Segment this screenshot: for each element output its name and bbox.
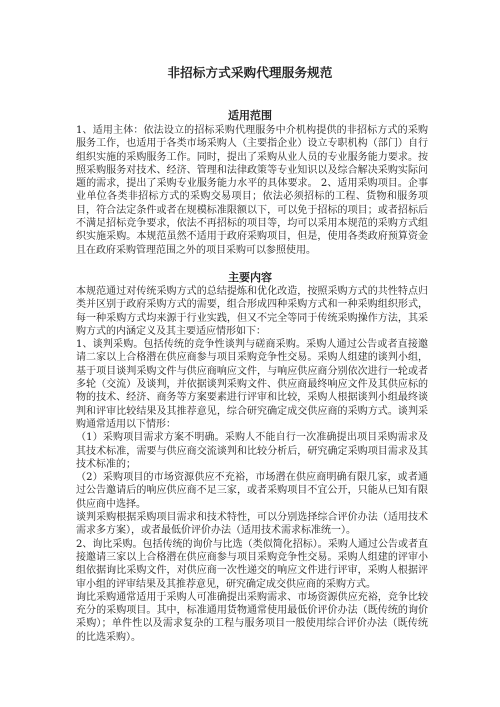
section-heading-main-content: 主要内容 bbox=[0, 271, 500, 284]
document-title: 非招标方式采购代理服务规范 bbox=[0, 66, 500, 80]
document-page: 非招标方式采购代理服务规范 适用范围 1、适用主体：依法设立的招标采购代理服务中… bbox=[0, 0, 500, 707]
paragraph: （1）采购项目需求方案不明确。采购人不能自行一次准确提出项目采购需求及其技术标准… bbox=[76, 431, 428, 471]
section-body-main-content: 本规范通过对传统采购方式的总结提炼和优化改造，按照采购方式的共性特点归类并区别于… bbox=[76, 285, 428, 644]
paragraph: 本规范通过对传统采购方式的总结提炼和优化改造，按照采购方式的共性特点归类并区别于… bbox=[76, 285, 428, 338]
section-heading-applicable-scope: 适用范围 bbox=[0, 109, 500, 122]
section-applicable-scope: 适用范围 1、适用主体：依法设立的招标采购代理服务中介机构提供的非招标方式的采购… bbox=[0, 109, 500, 257]
paragraph: 1、谈判采购。包括传统的竞争性谈判与磋商采购。采购人通过公告或者直接邀请二家以上… bbox=[76, 338, 428, 431]
section-body-applicable-scope: 1、适用主体：依法设立的招标采购代理服务中介机构提供的非招标方式的采购服务工作，… bbox=[76, 124, 428, 257]
paragraph: 询比采购通常适用于采购人可准确提出采购需求、市场资源供应充裕，竞争比较充分的采购… bbox=[76, 591, 428, 644]
paragraph: 2、询比采购。包括传统的询价与比选（类似简化招标）。采购人通过公告或者直接邀请三… bbox=[76, 538, 428, 591]
paragraph: （2）采购项目的市场资源供应不充裕，市场潜在供应商明确有限几家，或者通过公告邀请… bbox=[76, 471, 428, 511]
paragraph: 谈判采购根据采购项目需求和技术特性，可以分别选择综合评价办法（适用技术需求多方案… bbox=[76, 511, 428, 538]
section-main-content: 主要内容 本规范通过对传统采购方式的总结提炼和优化改造，按照采购方式的共性特点归… bbox=[0, 271, 500, 644]
paragraph: 1、适用主体：依法设立的招标采购代理服务中介机构提供的非招标方式的采购服务工作，… bbox=[76, 124, 428, 257]
